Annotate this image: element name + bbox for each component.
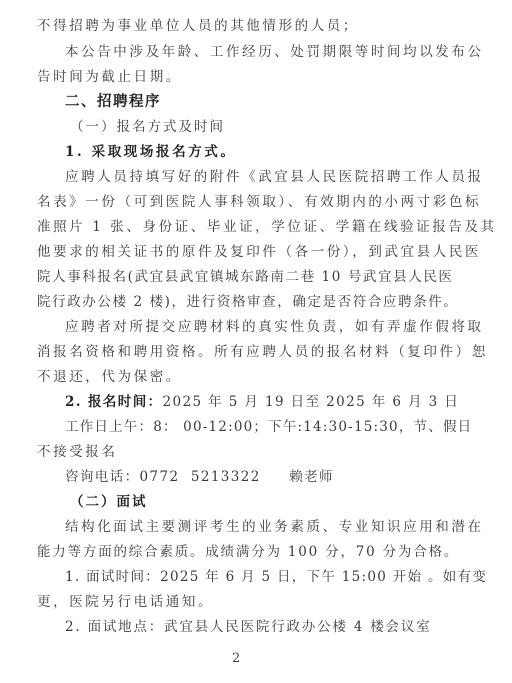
section-heading: 二、招聘程序 [65, 93, 161, 111]
registration-time-value: 2025 年 5 月 19 日至 2025 年 6 月 3 日 [163, 394, 460, 410]
text-line: 应聘人员持填写好的附件《武宜县人民医院招聘工作人员报 [65, 168, 484, 186]
text-line: 告时间为截止日期。 [37, 68, 182, 86]
registration-time-label: 2. 报名时间： [65, 394, 163, 410]
document-page: 不得招聘为事业单位人员的其他情形的人员； 本公告中涉及年龄、工作经历、处罚期限等… [0, 0, 512, 683]
text-line: 1. 面试时间：2025 年 6 月 5 日，下午 15:00 开始 。如有变 [65, 568, 487, 586]
text-line: 工作日上午：8： 00-12:00；下午:14:30-15:30，节、假日 [65, 418, 472, 436]
item-heading: 1. 采取现场报名方式。 [65, 143, 237, 161]
contact-phone-line: 咨询电话：0772 5213322 赖老师 [65, 468, 334, 486]
text-line: 名表》一份（可到医院人事科领取）、有效期内的小两寸彩色标 [37, 193, 481, 211]
text-line: 不得招聘为事业单位人员的其他情形的人员； [37, 17, 359, 35]
text-line: 结构化面试主要测评考生的业务素质、专业知识应用和潜在 [65, 518, 484, 536]
text-line: 本公告中涉及年龄、工作经历、处罚期限等时间均以发布公 [65, 43, 484, 61]
text-line: 不接受报名 [37, 443, 118, 461]
text-line: 院人事科报名(武宜县武宜镇城东路南二巷 10 号武宜县人民医 [37, 268, 454, 286]
registration-time-line: 2. 报名时间：2025 年 5 月 19 日至 2025 年 6 月 3 日 [65, 393, 459, 411]
text-line: 准照片 1 张、身份证、毕业证，学位证、学籍在线验证报告及其 [37, 218, 497, 236]
subsection-heading: （二）面试 [70, 493, 148, 511]
text-line: 2. 面试地点：武宜县人民医院行政办公楼 4 楼会议室 [65, 618, 431, 636]
text-line: 应聘者对所提交应聘材料的真实性负责，如有弄虚作假将取 [65, 318, 484, 336]
text-line: 更，医院另行电话通知。 [37, 593, 214, 611]
subsection-heading: （一）报名方式及时间 [70, 118, 225, 136]
text-line: 不退还，代为保密。 [37, 368, 182, 386]
text-line: 消报名资格和聘用资格。所有应聘人员的报名材料（复印件）恕 [37, 343, 488, 361]
text-line: 院行政办公楼 2 楼)，进行资格审查，确定是否符合应聘条件。 [37, 293, 458, 311]
text-line: 能力等方面的综合素质。成绩满分为 100 分，70 分为合格。 [37, 543, 459, 561]
text-line: 他要求的相关证书的原件及复印件（各一份），到武宜县人民医 [37, 243, 481, 261]
page-number: 2 [232, 651, 240, 666]
